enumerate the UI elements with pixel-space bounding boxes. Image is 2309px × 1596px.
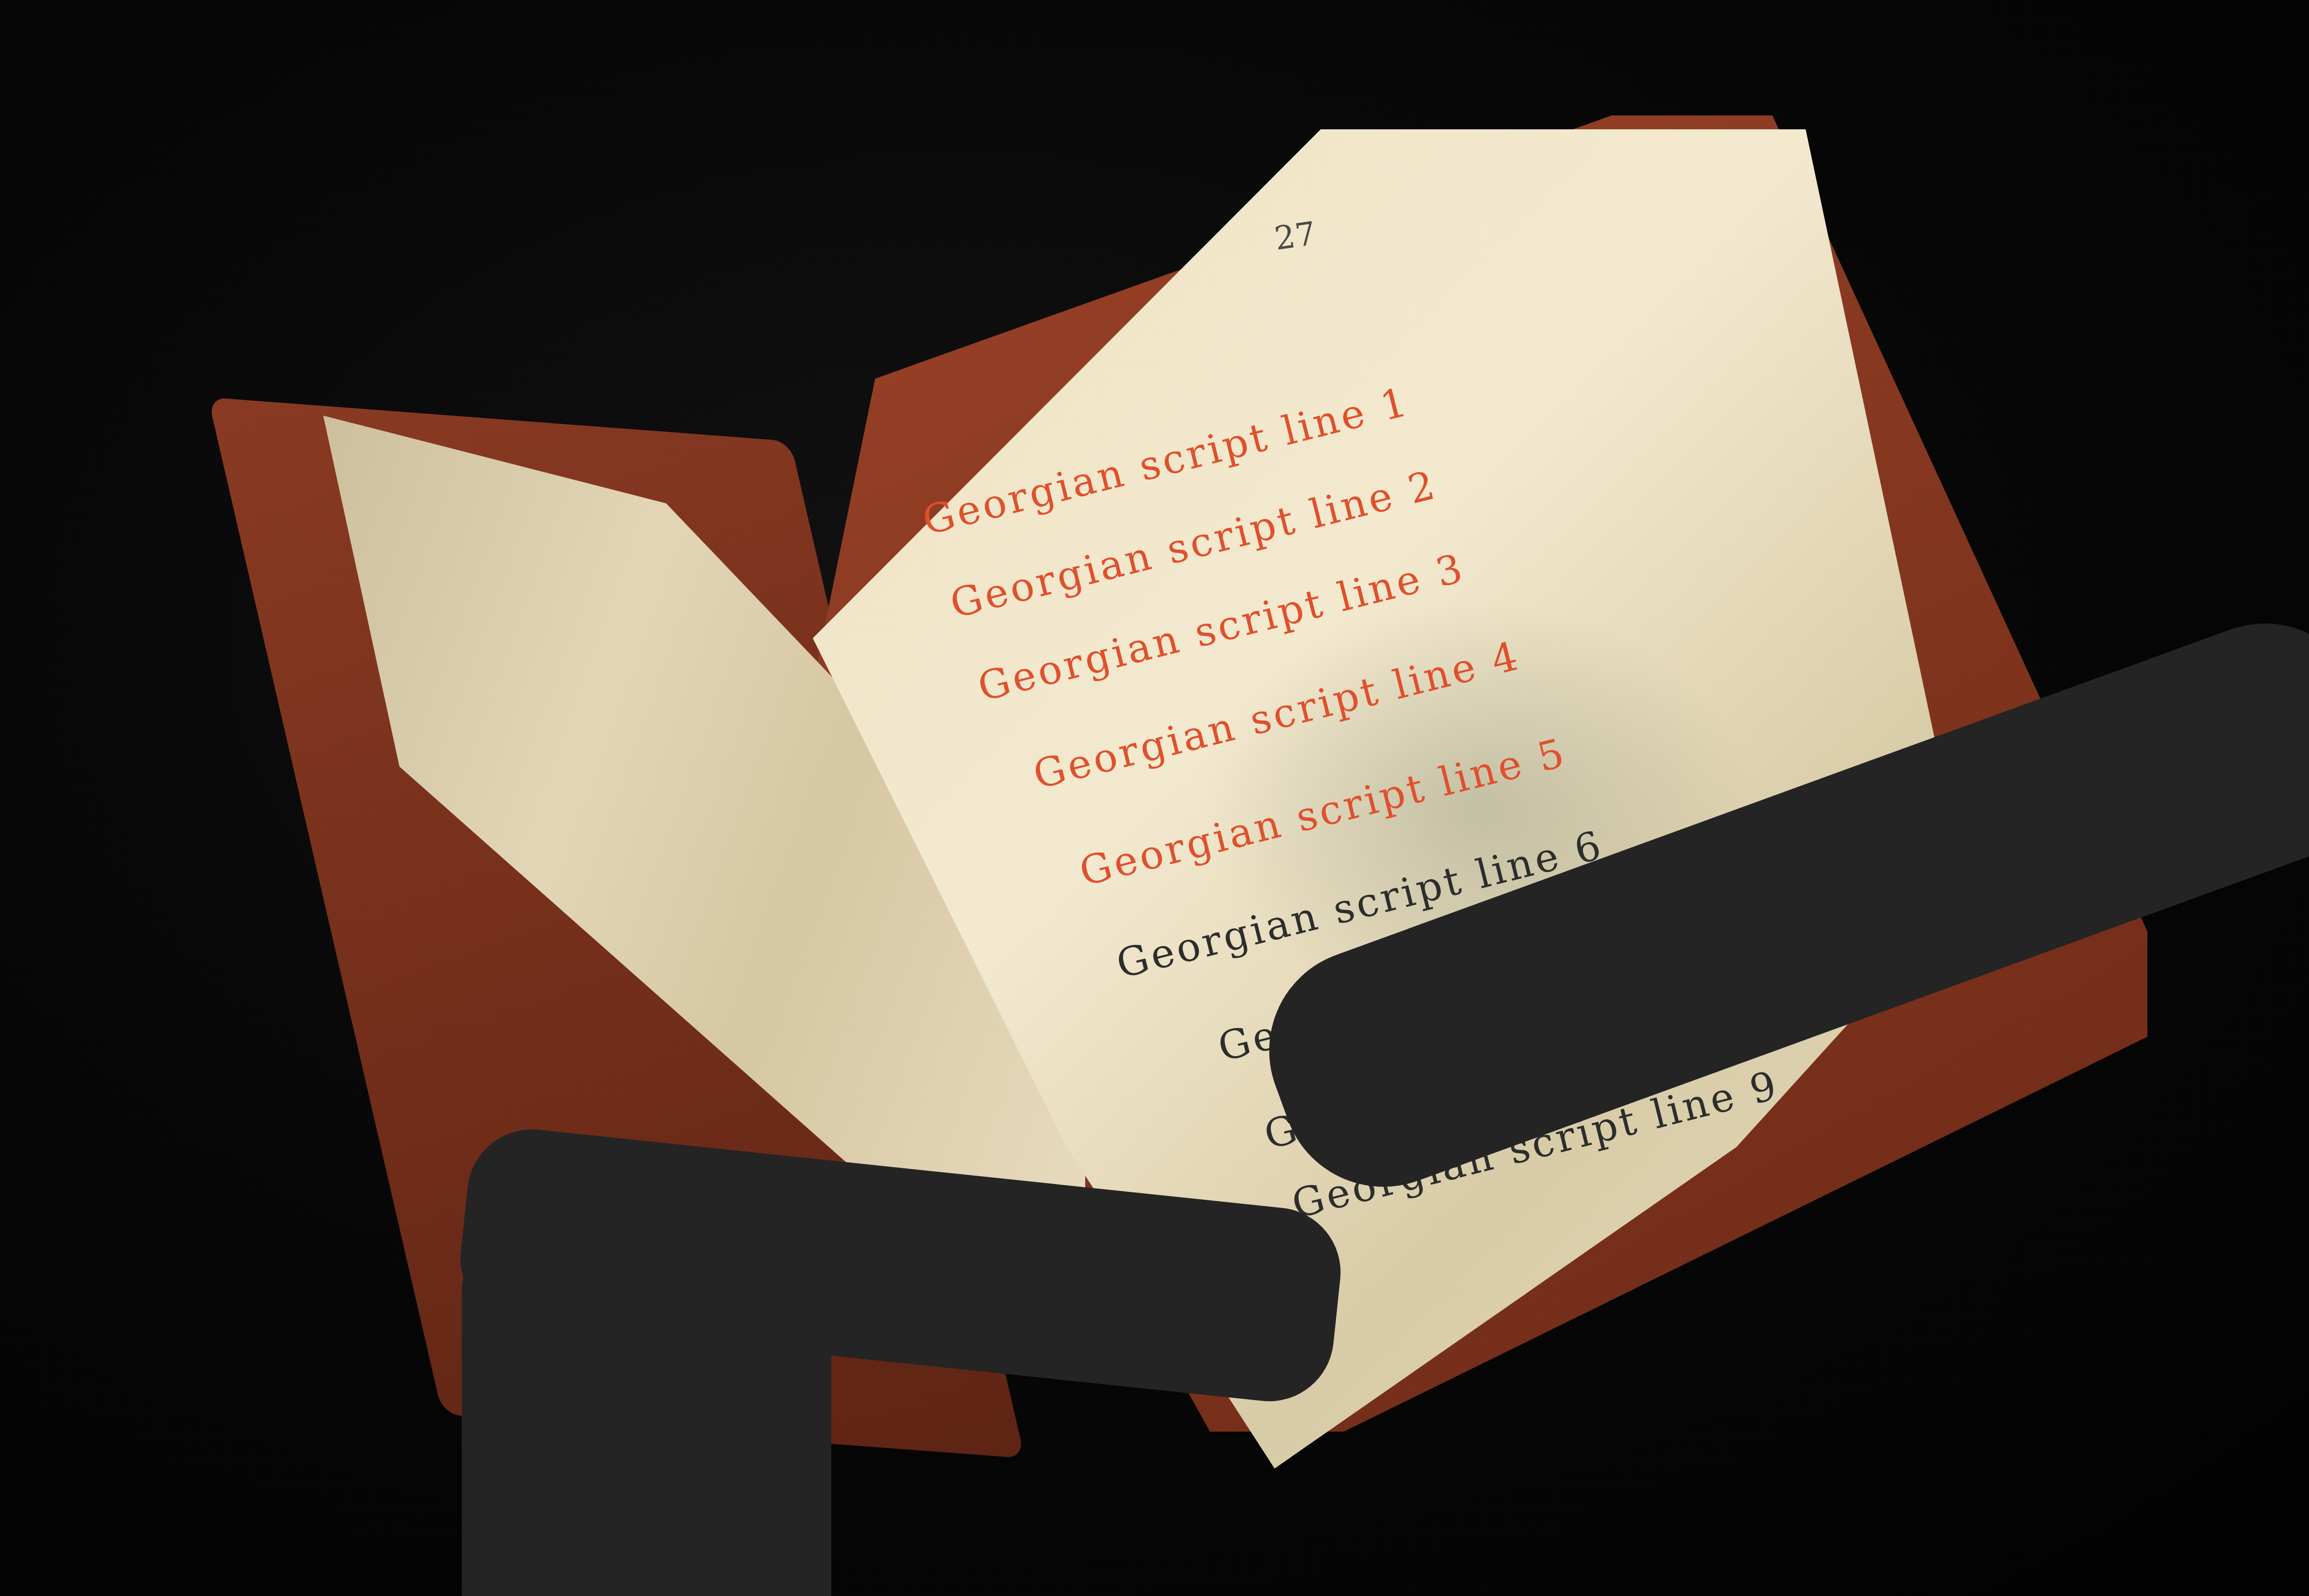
velvet-support-left [462,1201,831,1596]
page-number: 27 [1272,214,1318,258]
